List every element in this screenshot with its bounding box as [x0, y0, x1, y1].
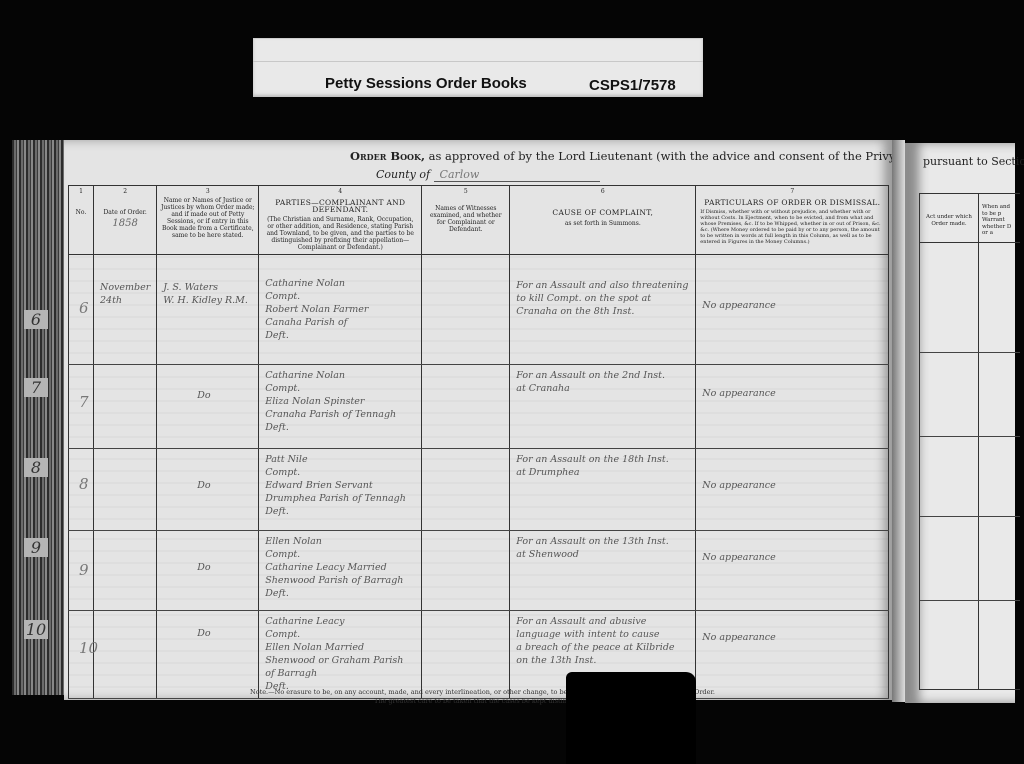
- parties-cell: Ellen Nolan Compt. Catharine Leacy Marri…: [259, 531, 422, 611]
- col-header-act: Act under which Order made.: [922, 214, 976, 227]
- footer-note-line1: Note.—No erasure to be, on any account, …: [250, 688, 606, 696]
- margin-tab: 8: [24, 458, 48, 477]
- right-column-divider: [978, 194, 979, 689]
- county-label: County of: [376, 168, 430, 181]
- order-cell: No appearance: [696, 365, 889, 449]
- register-page-left: Order Book, as approved of by the Lord L…: [64, 140, 892, 700]
- table-row: 9 Do Ellen Nolan Compt. Catharine Leacy …: [69, 531, 889, 611]
- date-cell: [94, 531, 157, 611]
- date-cell: [94, 611, 157, 699]
- heading-text: as approved of by the Lord Lieutenant (w…: [425, 149, 951, 163]
- col-header-parties: 4PARTIES—COMPLAINANT AND DEFENDANT.(The …: [259, 186, 422, 255]
- order-cell: No appearance: [696, 449, 889, 531]
- order-register-table: 1No. 2Date of Order.1858 3Name or Names …: [68, 185, 889, 699]
- witnesses-cell: [422, 449, 510, 531]
- label-fold: [253, 61, 703, 62]
- margin-tab: 9: [24, 538, 48, 557]
- page-heading: Order Book, as approved of by the Lord L…: [350, 149, 951, 163]
- margin-tab: 6: [24, 310, 48, 329]
- reference-code: CSPS1/7578: [589, 77, 676, 94]
- cause-cell: For an Assault on the 13th Inst. at Shen…: [510, 531, 696, 611]
- cause-cell: For an Assault on the 2nd Inst. at Crana…: [510, 365, 696, 449]
- col-header-no: 1No.: [69, 186, 94, 255]
- county-value: Carlow: [434, 168, 600, 182]
- right-row-divider: [920, 352, 1020, 353]
- witnesses-cell: [422, 611, 510, 699]
- witnesses-cell: [422, 365, 510, 449]
- table-row: 10 Do Catharine Leacy Compt. Ellen Nolan…: [69, 611, 889, 699]
- redaction-block: [566, 672, 696, 764]
- witnesses-cell: [422, 531, 510, 611]
- justices-cell: Do: [157, 531, 259, 611]
- col-header-witnesses: 5Names of Witnesses examined, and whethe…: [422, 186, 510, 255]
- date-cell: [94, 365, 157, 449]
- col-header-justices: 3Name or Names of Justice or Justices by…: [157, 186, 259, 255]
- table-row: 6 November 24th J. S. Waters W. H. Kidle…: [69, 255, 889, 365]
- date-cell: [94, 449, 157, 531]
- table-row: 7 Do Catharine Nolan Compt. Eliza Nolan …: [69, 365, 889, 449]
- book-gutter: [892, 140, 905, 702]
- right-page-table: Act under which Order made. When and to …: [919, 193, 1020, 690]
- entry-no-cell: 9: [69, 531, 94, 611]
- right-row-divider: [920, 600, 1020, 601]
- margin-tab: 10: [24, 620, 48, 639]
- margin-tab: 7: [24, 378, 48, 397]
- footer-note-end: Order.: [694, 688, 715, 696]
- col-header-when: When and to be p Warrant whether D or a: [982, 204, 1011, 237]
- cause-cell: For an Assault and also threatening to k…: [510, 255, 696, 365]
- col-header-order: 7PARTICULARS OF ORDER OR DISMISSAL.If Di…: [696, 186, 889, 255]
- justices-cell: J. S. Waters W. H. Kidley R.M.: [157, 255, 259, 365]
- entry-no-cell: 10: [69, 611, 94, 699]
- order-book-title: Order Book,: [350, 149, 425, 163]
- order-cell: No appearance: [696, 255, 889, 365]
- col-header-cause: 6CAUSE OF COMPLAINT,as set forth in Summ…: [510, 186, 696, 255]
- order-cell: No appearance: [696, 611, 889, 699]
- justices-cell: Do: [157, 611, 259, 699]
- parties-cell: Patt Nile Compt. Edward Brien Servant Dr…: [259, 449, 422, 531]
- register-page-right: pursuant to Sectio Act under which Order…: [905, 143, 1015, 703]
- col-header-date: 2Date of Order.1858: [94, 186, 157, 255]
- right-row-divider: [920, 516, 1020, 517]
- parties-cell: Catharine Nolan Compt. Eliza Nolan Spins…: [259, 365, 422, 449]
- date-cell: November 24th: [94, 255, 157, 365]
- table-row: 8 Do Patt Nile Compt. Edward Brien Serva…: [69, 449, 889, 531]
- book-page-edges: 6 7 8 9 10: [12, 140, 66, 695]
- order-cell: No appearance: [696, 531, 889, 611]
- archive-label: Petty Sessions Order Books CSPS1/7578: [253, 38, 703, 97]
- parties-cell: Catharine Nolan Compt. Robert Nolan Farm…: [259, 255, 422, 365]
- justices-cell: Do: [157, 365, 259, 449]
- witnesses-cell: [422, 255, 510, 365]
- entry-no-cell: 7: [69, 365, 94, 449]
- justices-cell: Do: [157, 449, 259, 531]
- right-row-divider: [920, 436, 1020, 437]
- entry-no-cell: 8: [69, 449, 94, 531]
- cause-cell: For an Assault on the 18th Inst. at Drum…: [510, 449, 696, 531]
- right-page-heading: pursuant to Sectio: [923, 155, 1024, 168]
- collection-title: Petty Sessions Order Books: [325, 75, 527, 92]
- table-header-row: 1No. 2Date of Order.1858 3Name or Names …: [69, 186, 889, 255]
- parties-cell: Catharine Leacy Compt. Ellen Nolan Marri…: [259, 611, 422, 699]
- entry-no-cell: 6: [69, 255, 94, 365]
- county-line: County of Carlow: [376, 168, 600, 182]
- right-header-row: Act under which Order made. When and to …: [920, 194, 1020, 243]
